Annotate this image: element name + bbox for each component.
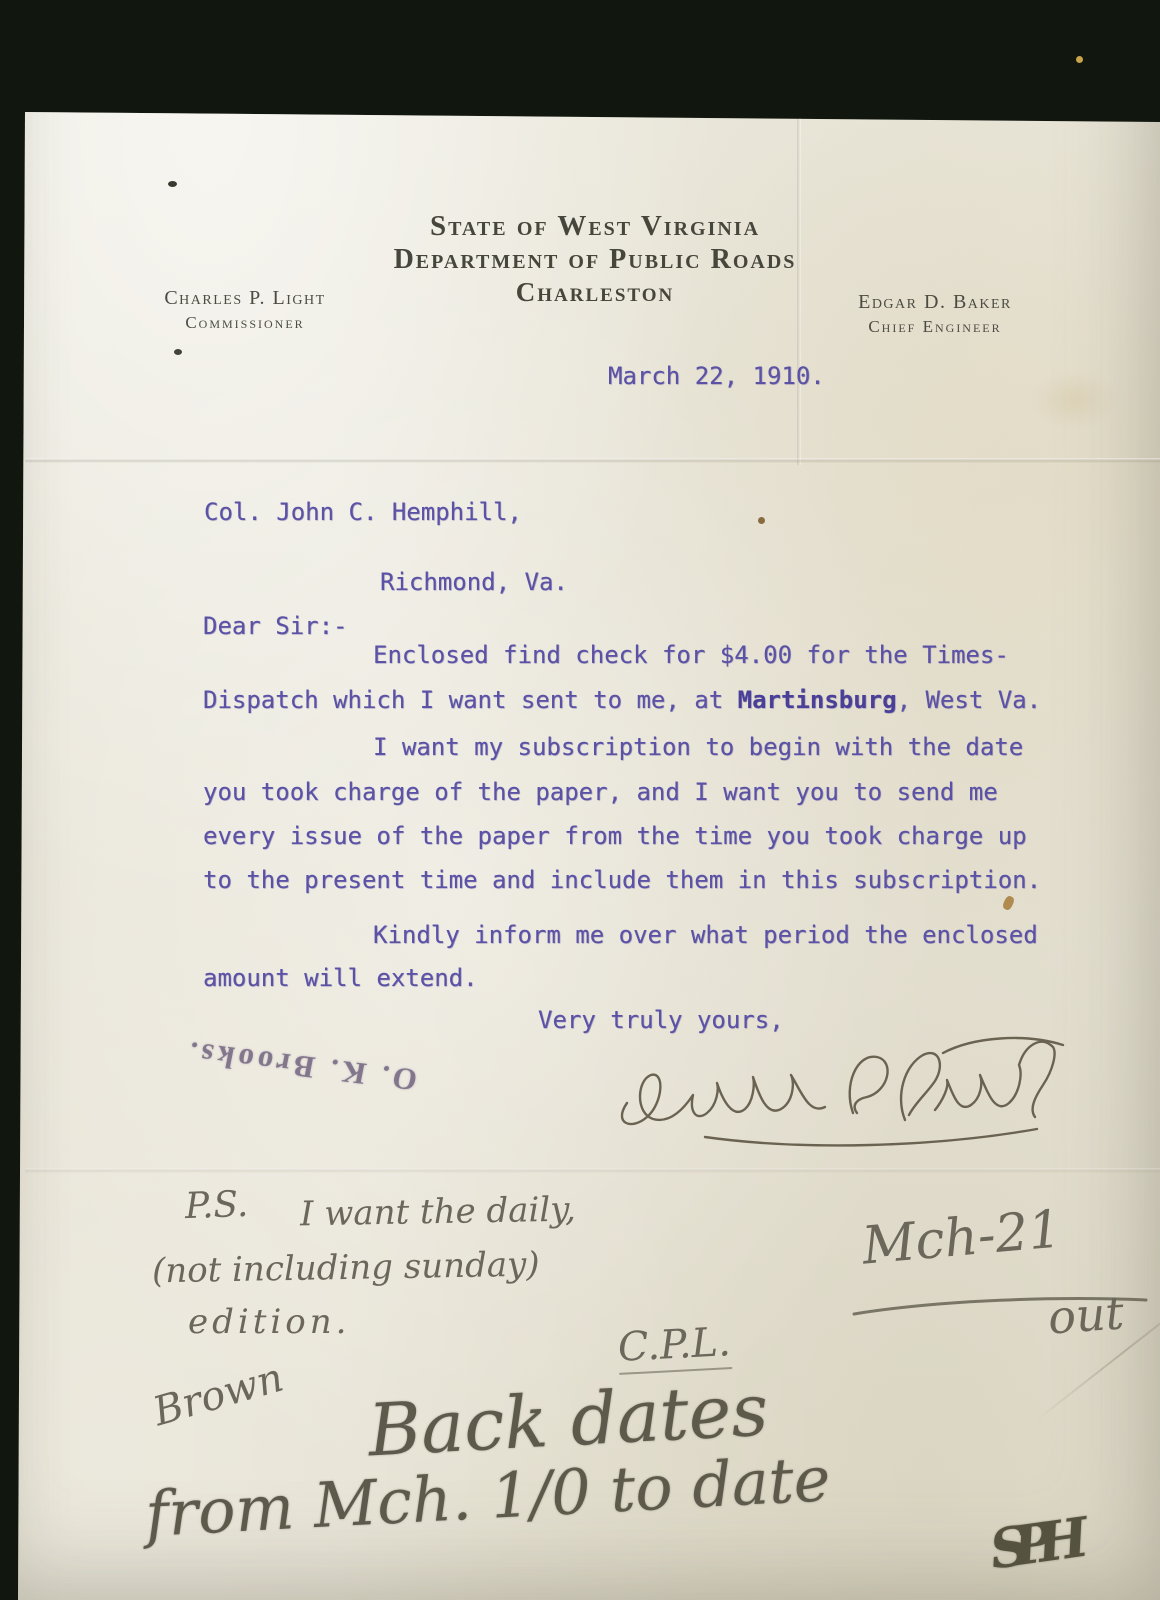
commissioner-title: Commissioner bbox=[140, 313, 350, 333]
margin-out-note: out bbox=[1046, 1285, 1125, 1344]
body-line-part: Dispatch which I want sent to me, at bbox=[203, 686, 738, 714]
body-line: amount will extend. bbox=[203, 964, 478, 992]
fold-crease bbox=[25, 458, 1160, 463]
salutation: Dear Sir:- bbox=[203, 612, 348, 640]
ps-prefix: P.S. bbox=[184, 1184, 249, 1227]
pin-hole bbox=[168, 181, 177, 187]
approval-stamp: O. K. Brooks. bbox=[86, 1022, 420, 1098]
body-line: to the present time and include them in … bbox=[203, 866, 1041, 894]
overtyped-word: Martinsburg bbox=[738, 686, 897, 714]
signature-charles-p-light bbox=[605, 1025, 1075, 1160]
ps-line1: I want the daily, bbox=[300, 1190, 576, 1235]
body-line: you took charge of the paper, and I want… bbox=[203, 778, 998, 806]
speck bbox=[1076, 56, 1083, 63]
recipient-city: Richmond, Va. bbox=[380, 568, 568, 596]
speck bbox=[1001, 895, 1015, 911]
engineer-title: Chief Engineer bbox=[830, 317, 1040, 337]
letter-date: March 22, 1910. bbox=[608, 362, 825, 390]
commissioner-name: Charles P. Light bbox=[140, 287, 350, 310]
recipient-line: Col. John C. Hemphill, bbox=[204, 498, 522, 526]
photo-background: State of West Virginia Department of Pub… bbox=[0, 0, 1160, 1600]
pin-hole bbox=[174, 349, 182, 355]
letterhead-dept-line: Department of Public Roads bbox=[330, 243, 860, 276]
body-line: Dispatch which I want sent to me, at Mar… bbox=[203, 686, 1041, 714]
body-line: every issue of the paper from the time y… bbox=[203, 822, 1027, 850]
name-note: Brown bbox=[148, 1355, 288, 1436]
letterhead-city-line: Charleston bbox=[330, 276, 860, 309]
body-line-part: , West Va. bbox=[897, 686, 1042, 714]
margin-date-note: Mch-21 bbox=[860, 1199, 1064, 1276]
letterhead-state-line: State of West Virginia bbox=[330, 210, 860, 243]
letterhead: State of West Virginia Department of Pub… bbox=[330, 210, 860, 309]
engineer-block: Edgar D. Baker Chief Engineer bbox=[830, 291, 1040, 337]
letter-paper: State of West Virginia Department of Pub… bbox=[0, 0, 1160, 1600]
initials-scribble: SPH bbox=[986, 1507, 1077, 1582]
body-line: I want my subscription to begin with the… bbox=[373, 733, 1023, 761]
ps-line2: (not including sunday) bbox=[152, 1245, 540, 1292]
engineer-name: Edgar D. Baker bbox=[830, 291, 1040, 314]
fold-crease bbox=[25, 1168, 1160, 1173]
commissioner-block: Charles P. Light Commissioner bbox=[140, 287, 350, 333]
ps-initials: C.P.L. bbox=[617, 1319, 732, 1375]
body-line: Kindly inform me over what period the en… bbox=[373, 921, 1038, 949]
body-line: Enclosed find check for $4.00 for the Ti… bbox=[373, 641, 1009, 669]
ps-line3: edition. bbox=[188, 1302, 350, 1342]
stain bbox=[1030, 370, 1120, 430]
speck bbox=[758, 517, 765, 524]
